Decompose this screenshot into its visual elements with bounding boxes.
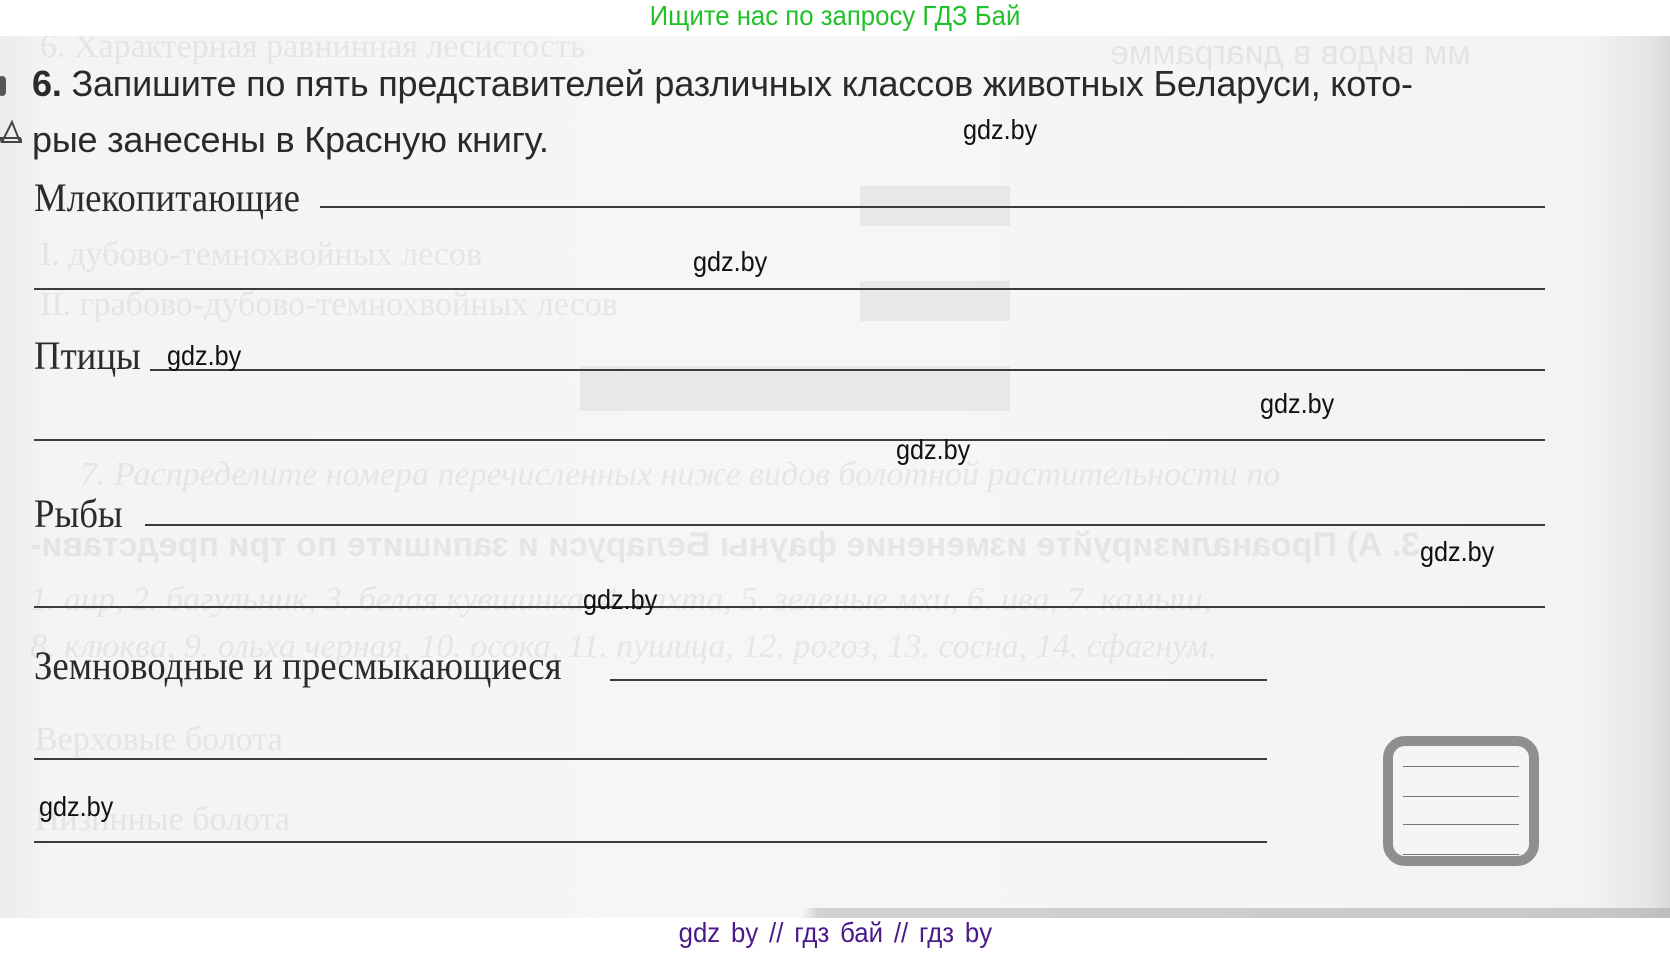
bleed-through-text: II. грабово-дубово-темнохвойных лесов xyxy=(40,286,618,324)
bleed-through-bar xyxy=(860,281,1010,321)
workbook-page: 6. Характерная равнинная лесистость мм в… xyxy=(0,36,1670,918)
answer-line-mammals-1[interactable] xyxy=(320,206,1545,208)
banner-text: Ищите нас по запросу ГДЗ Бай xyxy=(650,0,1021,31)
answer-line-fish-2[interactable] xyxy=(34,606,1545,608)
watermark: gdz.by xyxy=(1420,536,1494,568)
answer-line-mammals-2[interactable] xyxy=(34,288,1545,290)
notebook-icon xyxy=(1383,736,1539,866)
answer-line-birds-2[interactable] xyxy=(34,439,1545,441)
watermark: gdz.by xyxy=(583,584,657,616)
field-label-mammals: Млекопитающие xyxy=(34,174,300,221)
task-text: Запишите по пять представителей различны… xyxy=(71,63,1412,104)
field-label-fish: Рыбы xyxy=(34,490,123,537)
watermark: gdz.by xyxy=(39,791,113,823)
watermark: gdz.by xyxy=(1260,388,1334,420)
top-banner: Ищите нас по запросу ГДЗ Бай xyxy=(67,0,1603,36)
task-number: 6. xyxy=(32,63,62,104)
watermark: gdz.by xyxy=(963,114,1037,146)
footer-text: gdz by // гдз бай // гдз by xyxy=(678,918,991,948)
bleed-through-text: 3. А) Проанализируйте изменение фауны Бе… xyxy=(30,526,1420,565)
answer-line-amphibians-2[interactable] xyxy=(34,758,1267,760)
answer-line-amphibians-3[interactable] xyxy=(34,841,1267,843)
bleed-through-text: 7. Распределите номера перечисленных ниж… xyxy=(80,456,1280,494)
answer-line-fish-1[interactable] xyxy=(145,524,1545,526)
marker-icon xyxy=(0,76,6,96)
book-icon xyxy=(0,118,22,144)
watermark: gdz.by xyxy=(693,246,767,278)
field-label-birds: Птицы xyxy=(34,332,141,379)
watermark: gdz.by xyxy=(167,340,241,372)
bleed-through-text: Верховые болота xyxy=(35,721,283,759)
answer-line-amphibians-1[interactable] xyxy=(610,679,1267,681)
task-instruction: 6. Запишите по пять представителей разли… xyxy=(32,56,1632,168)
task-text-line2: рые занесены в Красную книгу. xyxy=(32,119,549,160)
bleed-through-text: I. дубово-темнохвойных лесов xyxy=(40,236,482,274)
watermark: gdz.by xyxy=(896,434,970,466)
field-label-amphibians-reptiles: Земноводные и пресмыкающиеся xyxy=(34,642,562,689)
bleed-through-bar xyxy=(580,366,1010,411)
answer-line-birds-1[interactable] xyxy=(150,369,1545,371)
footer-banner: gdz by // гдз бай // гдз by xyxy=(0,918,1670,955)
